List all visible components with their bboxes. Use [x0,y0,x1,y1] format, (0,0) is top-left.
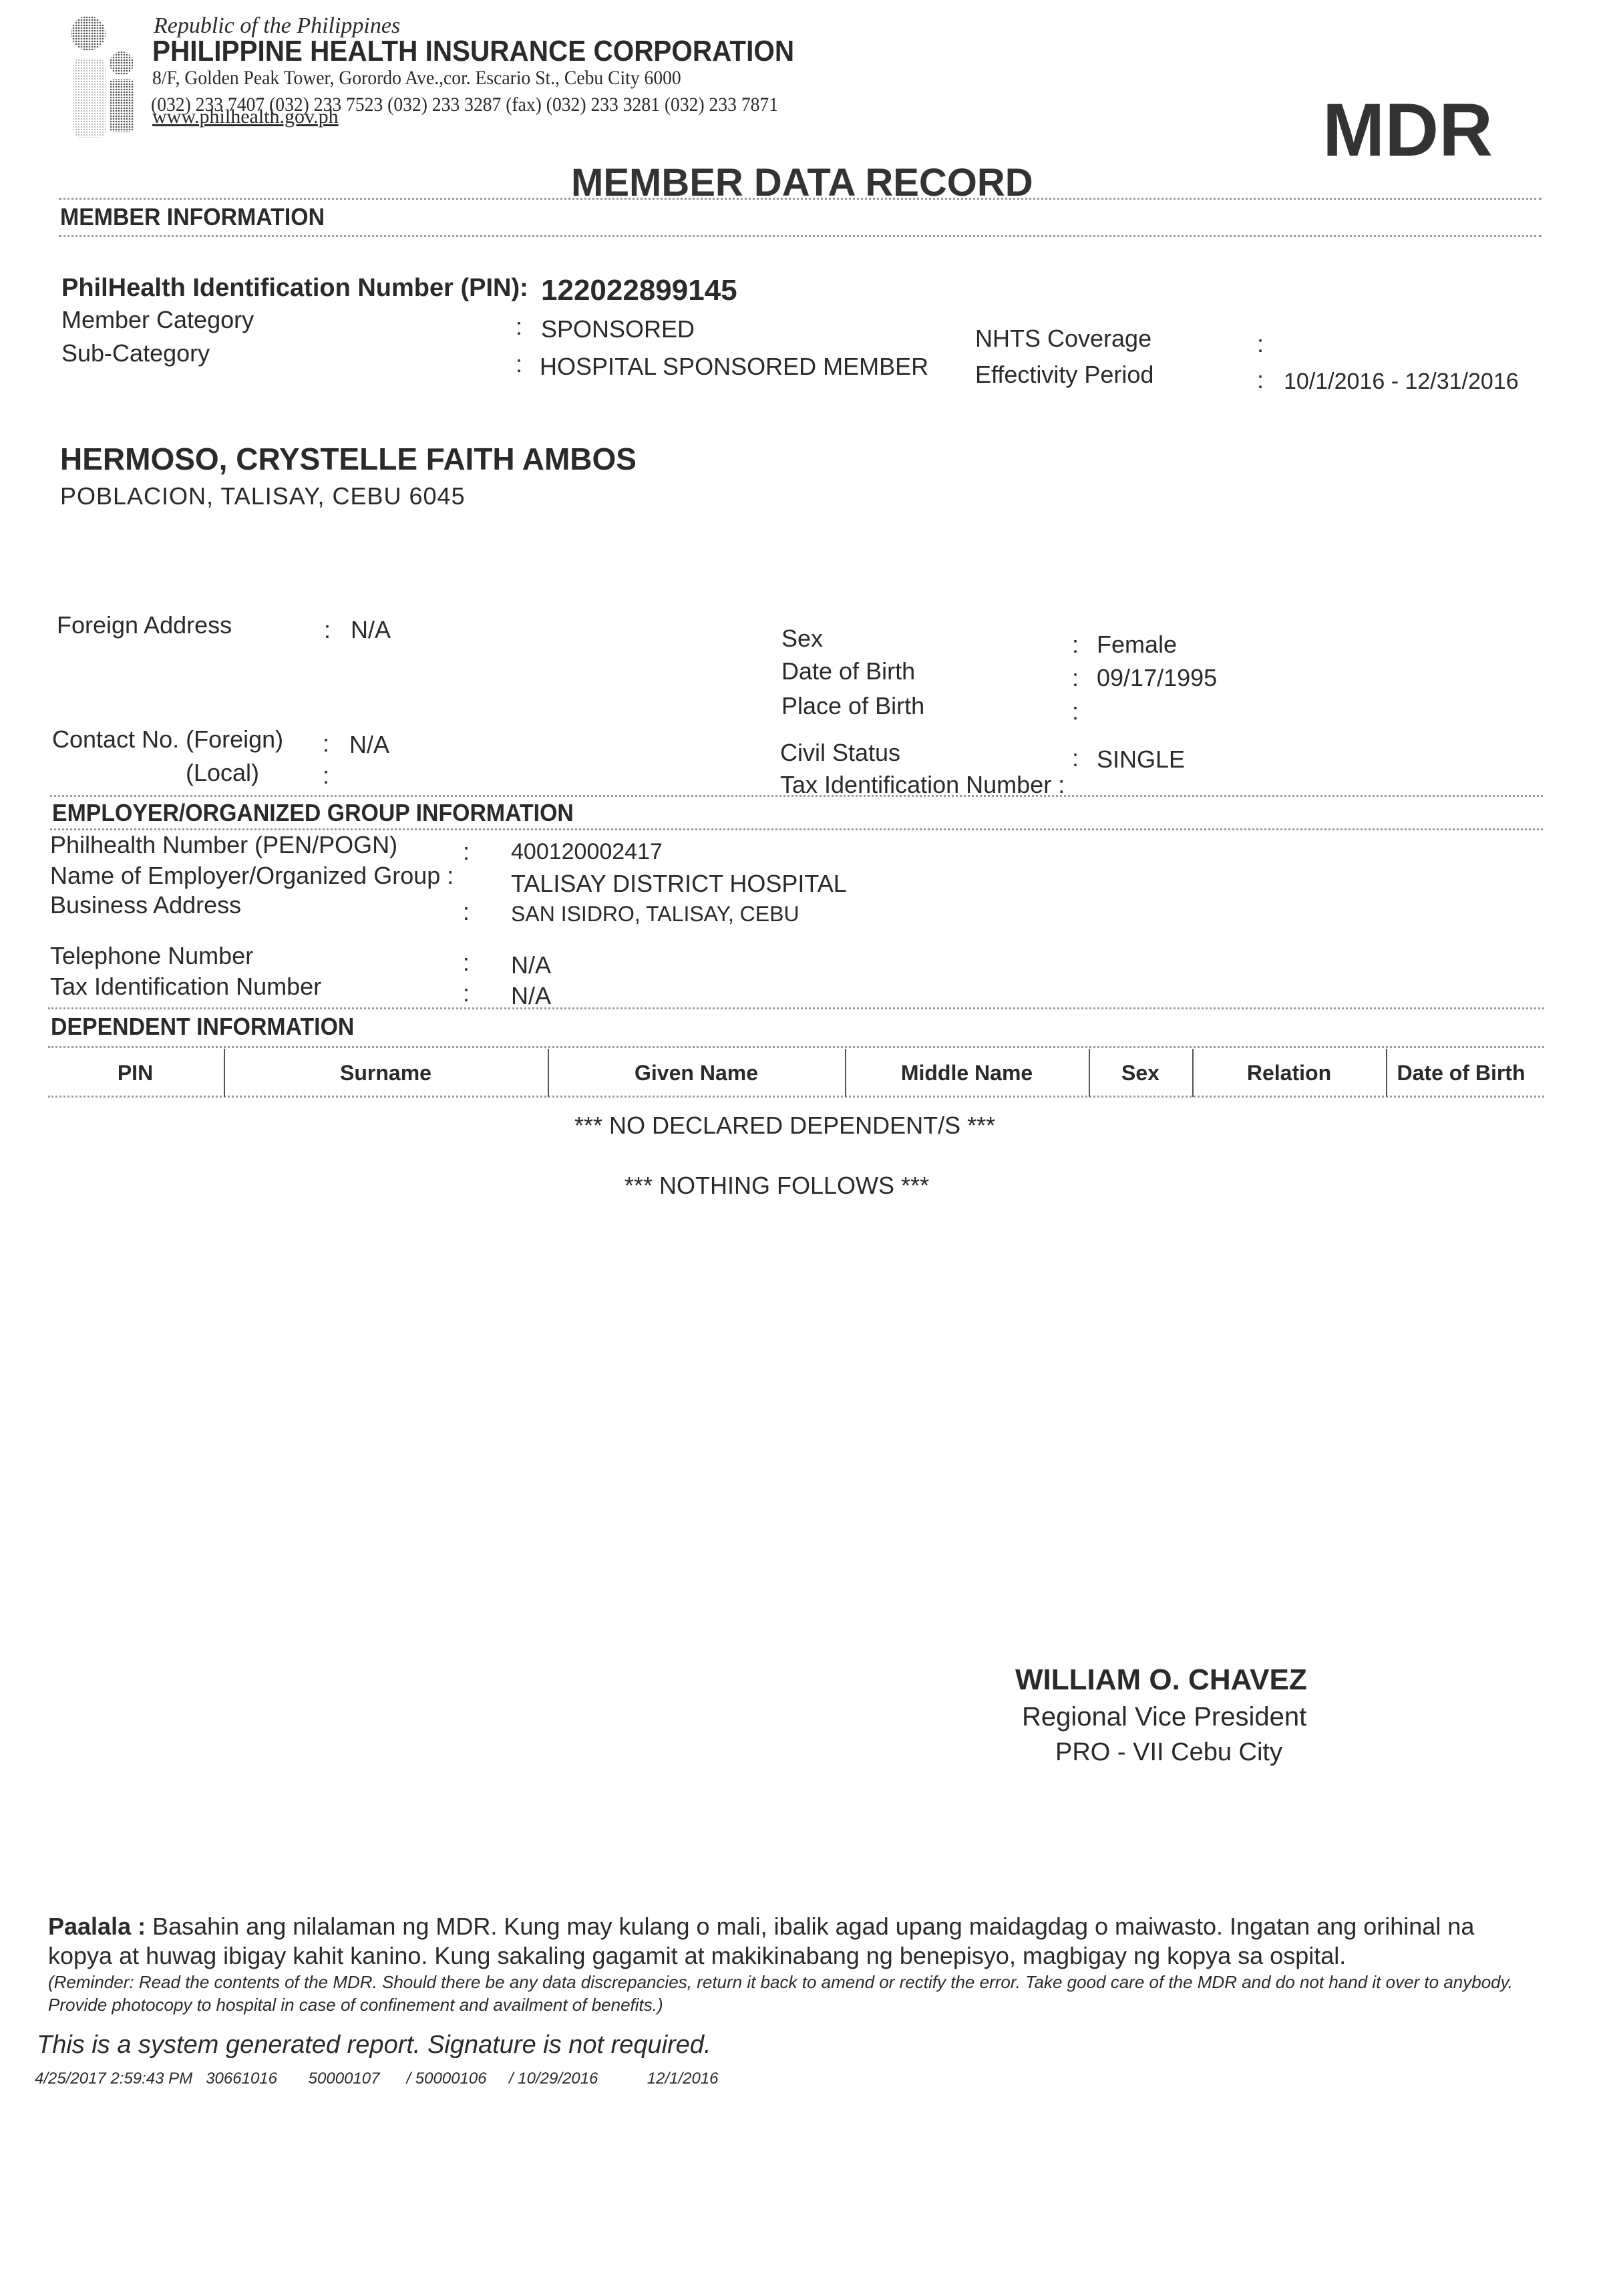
member-full-name: HERMOSO, CRYSTELLE FAITH AMBOS [60,441,637,477]
member-category-label: Member Category [61,306,254,334]
employer-phone-value: N/A [511,951,551,979]
reminder-english-line-2: Provide photocopy to hospital in case of… [48,1993,1513,2016]
civil-status-value: SINGLE [1097,746,1185,774]
column-divider [224,1049,225,1097]
column-divider [548,1049,549,1097]
colon: : [516,313,522,341]
pen-value: 400120002417 [511,839,663,865]
stamp-code-3: / 50000106 [406,2070,486,2088]
employer-tin-label: Tax Identification Number [50,973,321,1001]
mdr-badge: MDR [1322,87,1493,173]
reminder-english-line-1: (Reminder: Read the contents of the MDR.… [48,1971,1513,1993]
pob-label: Place of Birth [781,692,924,720]
colon: : [1072,664,1079,692]
colon: : [1072,697,1079,725]
employer-phone-label: Telephone Number [50,942,253,970]
signatory-title: Regional Vice President [1022,1702,1306,1732]
colon: : [1257,330,1264,358]
stamp-date-2: 12/1/2016 [647,2070,719,2088]
corporation-address: 8/F, Golden Peak Tower, Gorordo Ave.,cor… [152,67,681,90]
stamp-code-1: 30661016 [206,2070,277,2088]
member-home-address: POBLACION, TALISAY, CEBU 6045 [60,482,466,510]
divider [59,235,1542,237]
column-divider [1386,1049,1387,1097]
divider [59,198,1542,200]
colon: : [463,898,470,926]
reminder-label: Paalala : [48,1913,146,1940]
effectivity-label: Effectivity Period [975,361,1153,389]
divider [50,795,1543,797]
nothing-follows-message: *** NOTHING FOLLOWS *** [624,1172,929,1200]
column-divider [1089,1049,1090,1097]
website-link[interactable]: www.philhealth.gov.ph [152,106,339,128]
employer-name-value: TALISAY DISTRICT HOSPITAL [511,870,847,898]
print-stamp: 4/25/2017 2:59:43 PM 30661016 50000107 /… [35,2070,719,2088]
colon: : [1072,744,1079,772]
column-header-relation: Relation [1192,1061,1386,1086]
employer-name-label: Name of Employer/Organized Group : [50,862,454,890]
pin-value: 122022899145 [541,274,737,307]
colon: : [324,616,331,644]
member-category-value: SPONSORED [541,315,695,343]
column-header-surname: Surname [224,1061,548,1086]
contact-foreign-value: N/A [349,731,389,759]
pin-label: PhilHealth Identification Number (PIN): [61,274,528,303]
section-title-member-info: MEMBER INFORMATION [60,203,325,231]
table-header-bottom-border [48,1096,1544,1098]
generated-timestamp: 4/25/2017 2:59:43 PM [35,2070,192,2088]
corporation-name: PHILIPPINE HEALTH INSURANCE CORPORATION [152,35,794,68]
sex-value: Female [1097,631,1177,659]
no-dependents-message: *** NO DECLARED DEPENDENT/S *** [574,1112,995,1140]
divider [50,828,1543,830]
stamp-date-1: / 10/29/2016 [509,2070,598,2088]
sex-label: Sex [781,625,823,653]
contact-local-label: (Local) [186,759,259,787]
philhealth-logo-icon [67,13,147,140]
column-header-sex: Sex [1089,1061,1192,1086]
foreign-address-label: Foreign Address [57,611,232,639]
contact-foreign-label: Contact No. (Foreign) [52,725,283,754]
stamp-code-2: 50000107 [309,2070,380,2088]
colon: : [1072,631,1079,659]
colon: : [463,979,470,1007]
system-generated-note: This is a system generated report. Signa… [37,2031,711,2060]
subcategory-value: HOSPITAL SPONSORED MEMBER [540,353,928,381]
employer-tin-value: N/A [511,982,551,1010]
pen-label: Philhealth Number (PEN/POGN) [50,831,397,859]
column-header-pin: PIN [47,1061,224,1086]
column-header-middle-name: Middle Name [845,1061,1089,1086]
reminder-english: (Reminder: Read the contents of the MDR.… [48,1971,1513,2016]
reminder-line-1: Basahin ang nilalaman ng MDR. Kung may k… [146,1913,1474,1940]
reminder-line-2: kopya at huwag ibigay kahit kanino. Kung… [48,1941,1474,1971]
dob-value: 09/17/1995 [1097,664,1217,692]
colon: : [323,729,329,758]
section-title-employer: EMPLOYER/ORGANIZED GROUP INFORMATION [52,799,574,827]
effectivity-value: 10/1/2016 - 12/31/2016 [1284,369,1519,395]
reminder-tagalog: Paalala : Basahin ang nilalaman ng MDR. … [48,1912,1474,1971]
divider [48,1007,1544,1009]
column-header-given-name: Given Name [548,1061,845,1086]
column-divider [845,1049,846,1097]
column-header-date-of-birth: Date of Birth [1386,1061,1536,1086]
section-title-dependents: DEPENDENT INFORMATION [51,1013,354,1041]
divider [48,1046,1544,1048]
business-address-label: Business Address [50,891,241,919]
colon: : [516,350,522,378]
civil-status-label: Civil Status [780,739,900,767]
column-divider [1192,1049,1194,1097]
subcategory-label: Sub-Category [61,339,210,367]
colon: : [323,762,329,790]
colon: : [1257,366,1264,394]
foreign-address-value: N/A [351,616,391,644]
signatory-name: WILLIAM O. CHAVEZ [1015,1663,1307,1697]
dob-label: Date of Birth [781,657,915,685]
business-address-value: SAN ISIDRO, TALISAY, CEBU [511,902,799,927]
colon: : [463,949,470,977]
signatory-office: PRO - VII Cebu City [1055,1738,1282,1767]
nhts-label: NHTS Coverage [975,325,1151,353]
colon: : [463,838,470,866]
